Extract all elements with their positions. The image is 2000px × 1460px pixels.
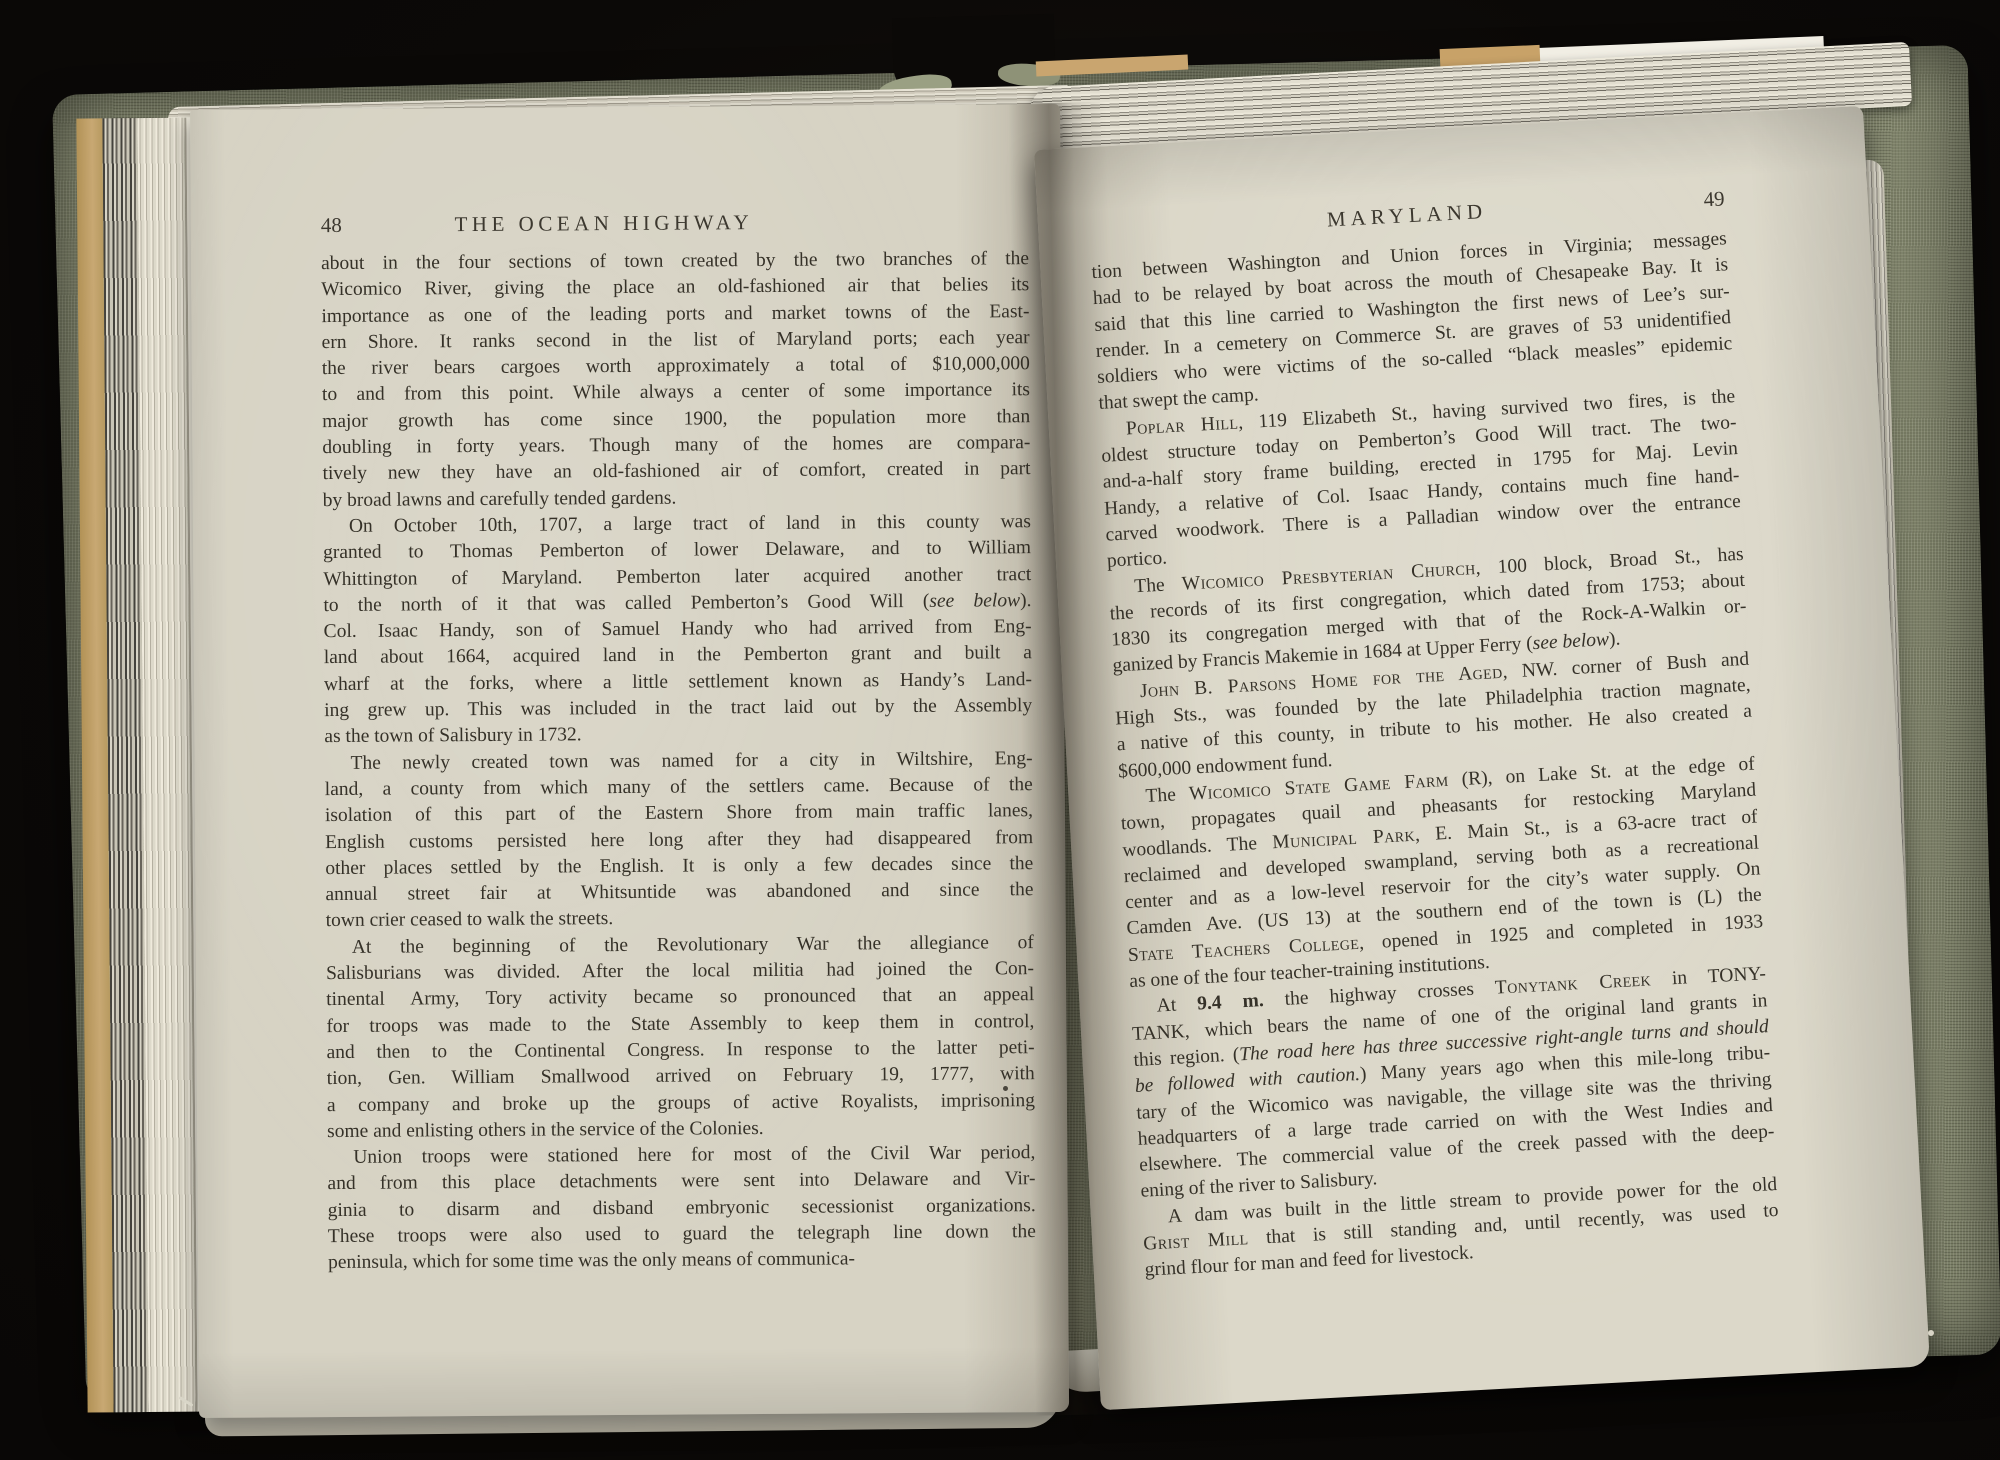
paragraph: At 9.4 m. the highway crosses Tonytank C… bbox=[1130, 962, 1776, 1206]
paragraph: The Wicomico State Game Farm (R), on Lak… bbox=[1119, 751, 1765, 995]
paragraph: The newly created town was named for a c… bbox=[324, 746, 1033, 935]
book-photo: 48 THE OCEAN HIGHWAY about in the four s… bbox=[0, 0, 2000, 1460]
left-page-body: about in the four sections of town creat… bbox=[321, 246, 1036, 1276]
running-title: MARYLAND bbox=[1326, 199, 1487, 232]
paragraph: On October 10th, 1707, a large tract of … bbox=[323, 509, 1033, 751]
running-head: 48 THE OCEAN HIGHWAY bbox=[321, 208, 1029, 243]
right-text-block: MARYLAND 49 tion between Washington and … bbox=[1089, 186, 1781, 1284]
text-line: These troops were also used to guard the… bbox=[328, 1219, 1036, 1250]
text-line: peninsula, which for some time was the o… bbox=[328, 1245, 1036, 1276]
text-line: annual street fair at Whitsuntide was ab… bbox=[325, 877, 1033, 908]
paper-speck bbox=[1003, 1086, 1008, 1091]
text-line: tively new they have an old-fashioned ai… bbox=[322, 457, 1030, 488]
left-text-block: 48 THE OCEAN HIGHWAY about in the four s… bbox=[321, 208, 1036, 1276]
text-line: a company and broke up the groups of act… bbox=[327, 1088, 1035, 1119]
paragraph: Union troops were stationed here for mos… bbox=[327, 1140, 1036, 1276]
left-page: 48 THE OCEAN HIGHWAY about in the four s… bbox=[190, 104, 1069, 1418]
text-line: ing grew up. This was included in the tr… bbox=[324, 693, 1032, 724]
page-number: 49 bbox=[1703, 186, 1725, 212]
page-number: 48 bbox=[321, 213, 342, 238]
right-page: MARYLAND 49 tion between Washington and … bbox=[1034, 106, 1930, 1410]
paper-speck bbox=[1928, 1330, 1934, 1336]
paragraph: about in the four sections of town creat… bbox=[321, 246, 1031, 514]
paragraph: At the beginning of the Revolutionary Wa… bbox=[326, 930, 1035, 1145]
running-title: THE OCEAN HIGHWAY bbox=[454, 210, 753, 237]
right-page-body: tion between Washington and Union forces… bbox=[1091, 226, 1781, 1284]
